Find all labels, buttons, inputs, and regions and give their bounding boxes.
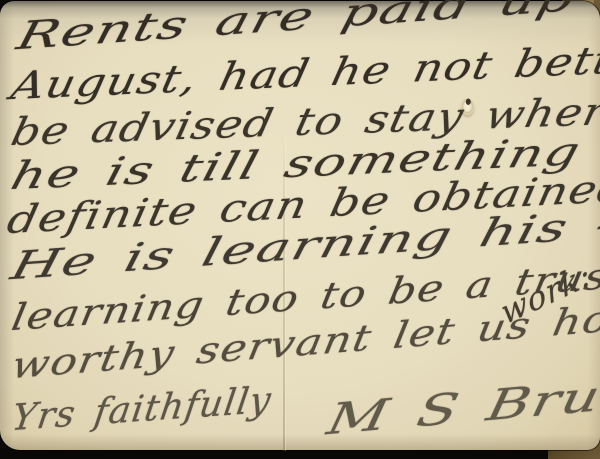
scan-frame: Rents are paid up to August, had he not … [0,0,600,459]
closing-line: Yrs faithfully [9,383,273,438]
letter-page: Rents are paid up to August, had he not … [0,1,600,450]
signature: M S Bruce [324,369,600,442]
